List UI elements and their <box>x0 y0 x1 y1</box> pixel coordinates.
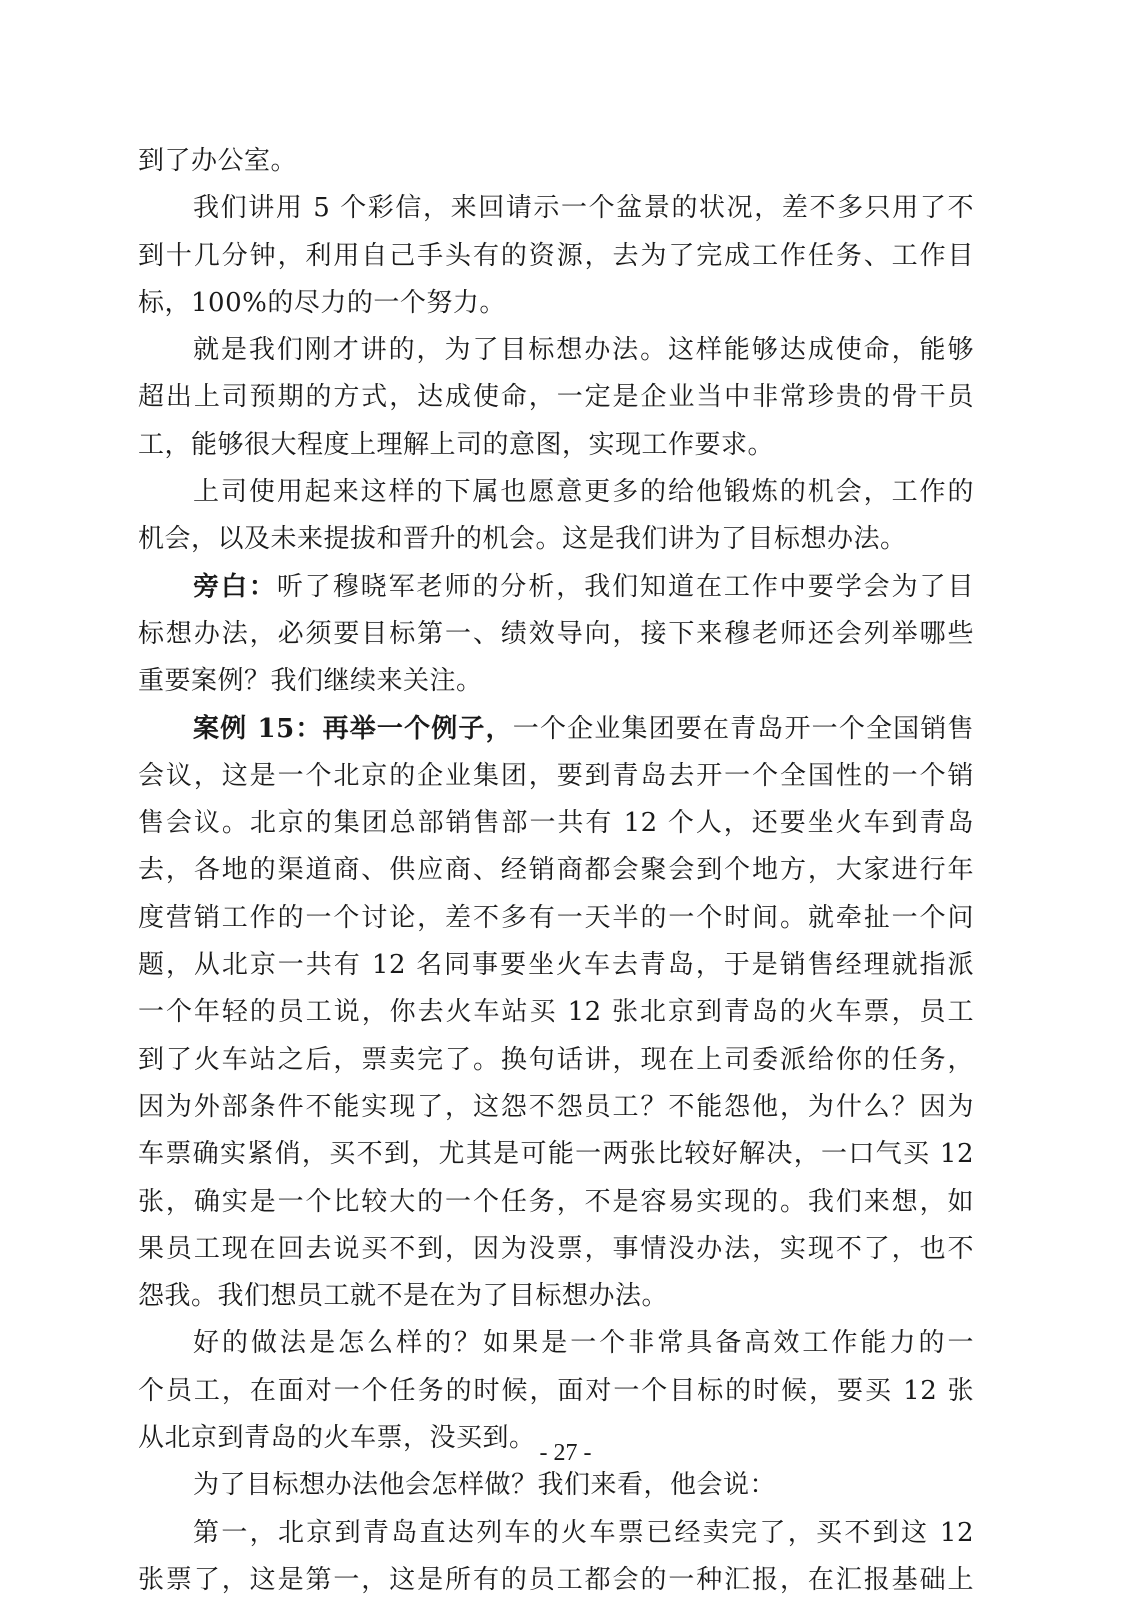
document-page: 到了办公室。我们讲用 5 个彩信，来回请示一个盆景的状况，差不多只用了不到十几分… <box>0 0 1131 1600</box>
line-text: 售会议。北京的集团总部销售部一共有 12 个人，还要坐火车到青岛 <box>138 808 974 838</box>
line-text: 超出上司预期的方式，达成使命，一定是企业当中非常珍贵的骨干员 <box>138 382 974 412</box>
line-text: 题，从北京一共有 12 名同事要坐火车去青岛，于是销售经理就指派 <box>138 950 974 980</box>
text-line: 旁白：听了穆晓军老师的分析，我们知道在工作中要学会为了目 <box>138 564 974 611</box>
line-text: 第一，北京到青岛直达列车的火车票已经卖完了，买不到这 12 <box>193 1518 974 1548</box>
text-line: 标想办法，必须要目标第一、绩效导向，接下来穆老师还会列举哪些 <box>138 611 974 658</box>
line-text: 标想办法，必须要目标第一、绩效导向，接下来穆老师还会列举哪些 <box>138 619 974 649</box>
line-text: 度营销工作的一个讨论，差不多有一天半的一个时间。就牵扯一个问 <box>138 903 974 933</box>
line-text: 去，各地的渠道商、供应商、经销商都会聚会到个地方，大家进行年 <box>138 855 974 885</box>
text-line: 案例 15：再举一个例子，一个企业集团要在青岛开一个全国销售 <box>138 706 974 753</box>
line-text: 好的做法是怎么样的？如果是一个非常具备高效工作能力的一 <box>193 1328 974 1358</box>
text-line: 张，确实是一个比较大的一个任务，不是容易实现的。我们来想，如 <box>138 1179 974 1226</box>
line-text: 我们讲用 5 个彩信，来回请示一个盆景的状况，差不多只用了不 <box>193 193 974 223</box>
text-line: 一个年轻的员工说，你去火车站买 12 张北京到青岛的火车票，员工 <box>138 989 974 1036</box>
line-text: 为了目标想办法他会怎样做？我们来看，他会说： <box>193 1470 776 1500</box>
text-line: 第一，北京到青岛直达列车的火车票已经卖完了，买不到这 12 <box>138 1510 974 1557</box>
line-text: 一个年轻的员工说，你去火车站买 12 张北京到青岛的火车票，员工 <box>138 997 974 1027</box>
text-line: 题，从北京一共有 12 名同事要坐火车去青岛，于是销售经理就指派 <box>138 942 974 989</box>
text-line: 好的做法是怎么样的？如果是一个非常具备高效工作能力的一 <box>138 1320 974 1367</box>
line-text: 到了办公室。 <box>138 146 297 176</box>
line-text: 机会，以及未来提拔和晋升的机会。这是我们讲为了目标想办法。 <box>138 524 907 554</box>
line-text: 会议，这是一个北京的企业集团，要到青岛去开一个全国性的一个销 <box>138 761 974 791</box>
text-line: 工，能够很大程度上理解上司的意图，实现工作要求。 <box>138 422 974 469</box>
text-line: 售会议。北京的集团总部销售部一共有 12 个人，还要坐火车到青岛 <box>138 800 974 847</box>
text-line: 度营销工作的一个讨论，差不多有一天半的一个时间。就牵扯一个问 <box>138 895 974 942</box>
text-line: 车票确实紧俏，买不到，尤其是可能一两张比较好解决，一口气买 12 <box>138 1131 974 1178</box>
text-line: 去，各地的渠道商、供应商、经销商都会聚会到个地方，大家进行年 <box>138 847 974 894</box>
body-text: 到了办公室。我们讲用 5 个彩信，来回请示一个盆景的状况，差不多只用了不到十几分… <box>138 138 974 1600</box>
text-line: 我们讲用 5 个彩信，来回请示一个盆景的状况，差不多只用了不 <box>138 185 974 232</box>
text-line: 就是我们刚才讲的，为了目标想办法。这样能够达成使命，能够 <box>138 327 974 374</box>
text-line: 到了火车站之后，票卖完了。换句话讲，现在上司委派给你的任务， <box>138 1037 974 1084</box>
text-line: 超出上司预期的方式，达成使命，一定是企业当中非常珍贵的骨干员 <box>138 374 974 421</box>
text-line: 怨我。我们想员工就不是在为了目标想办法。 <box>138 1273 974 1320</box>
text-line: 上司使用起来这样的下属也愿意更多的给他锻炼的机会，工作的 <box>138 469 974 516</box>
line-text: 一个企业集团要在青岛开一个全国销售 <box>513 714 974 744</box>
text-line: 机会，以及未来提拔和晋升的机会。这是我们讲为了目标想办法。 <box>138 516 974 563</box>
line-text: 就是我们刚才讲的，为了目标想办法。这样能够达成使命，能够 <box>193 335 974 365</box>
line-text: 到十几分钟，利用自己手头有的资源，去为了完成工作任务、工作目 <box>138 241 974 271</box>
line-text: 到了火车站之后，票卖完了。换句话讲，现在上司委派给你的任务， <box>138 1045 974 1075</box>
text-line: 张票了，这是第一，这是所有的员工都会的一种汇报，在汇报基础上 <box>138 1557 974 1600</box>
text-line: 重要案例？我们继续来关注。 <box>138 658 974 705</box>
text-line: 标，100%的尽力的一个努力。 <box>138 280 974 327</box>
line-text: 重要案例？我们继续来关注。 <box>138 666 483 696</box>
page-number: - 27 - <box>0 1440 1131 1467</box>
line-text: 车票确实紧俏，买不到，尤其是可能一两张比较好解决，一口气买 12 <box>138 1139 974 1169</box>
bold-lead-in: 案例 15：再举一个例子， <box>193 714 513 744</box>
line-text: 上司使用起来这样的下属也愿意更多的给他锻炼的机会，工作的 <box>193 477 974 507</box>
line-text: 因为外部条件不能实现了，这怨不怨员工？不能怨他，为什么？因为 <box>138 1092 974 1122</box>
text-line: 到了办公室。 <box>138 138 974 185</box>
text-line: 到十几分钟，利用自己手头有的资源，去为了完成工作任务、工作目 <box>138 233 974 280</box>
line-text: 张，确实是一个比较大的一个任务，不是容易实现的。我们来想，如 <box>138 1187 974 1217</box>
text-line: 为了目标想办法他会怎样做？我们来看，他会说： <box>138 1462 974 1509</box>
line-text: 个员工，在面对一个任务的时候，面对一个目标的时候，要买 12 张 <box>138 1376 974 1406</box>
line-text: 标，100%的尽力的一个努力。 <box>138 288 506 318</box>
line-text: 果员工现在回去说买不到，因为没票，事情没办法，实现不了，也不 <box>138 1234 974 1264</box>
text-line: 因为外部条件不能实现了，这怨不怨员工？不能怨他，为什么？因为 <box>138 1084 974 1131</box>
text-line: 果员工现在回去说买不到，因为没票，事情没办法，实现不了，也不 <box>138 1226 974 1273</box>
line-text: 张票了，这是第一，这是所有的员工都会的一种汇报，在汇报基础上 <box>138 1565 974 1595</box>
text-line: 个员工，在面对一个任务的时候，面对一个目标的时候，要买 12 张 <box>138 1368 974 1415</box>
bold-lead-in: 旁白： <box>193 572 277 602</box>
line-text: 工，能够很大程度上理解上司的意图，实现工作要求。 <box>138 430 774 460</box>
text-line: 会议，这是一个北京的企业集团，要到青岛去开一个全国性的一个销 <box>138 753 974 800</box>
line-text: 听了穆晓军老师的分析，我们知道在工作中要学会为了目 <box>277 572 974 602</box>
line-text: 怨我。我们想员工就不是在为了目标想办法。 <box>138 1281 668 1311</box>
